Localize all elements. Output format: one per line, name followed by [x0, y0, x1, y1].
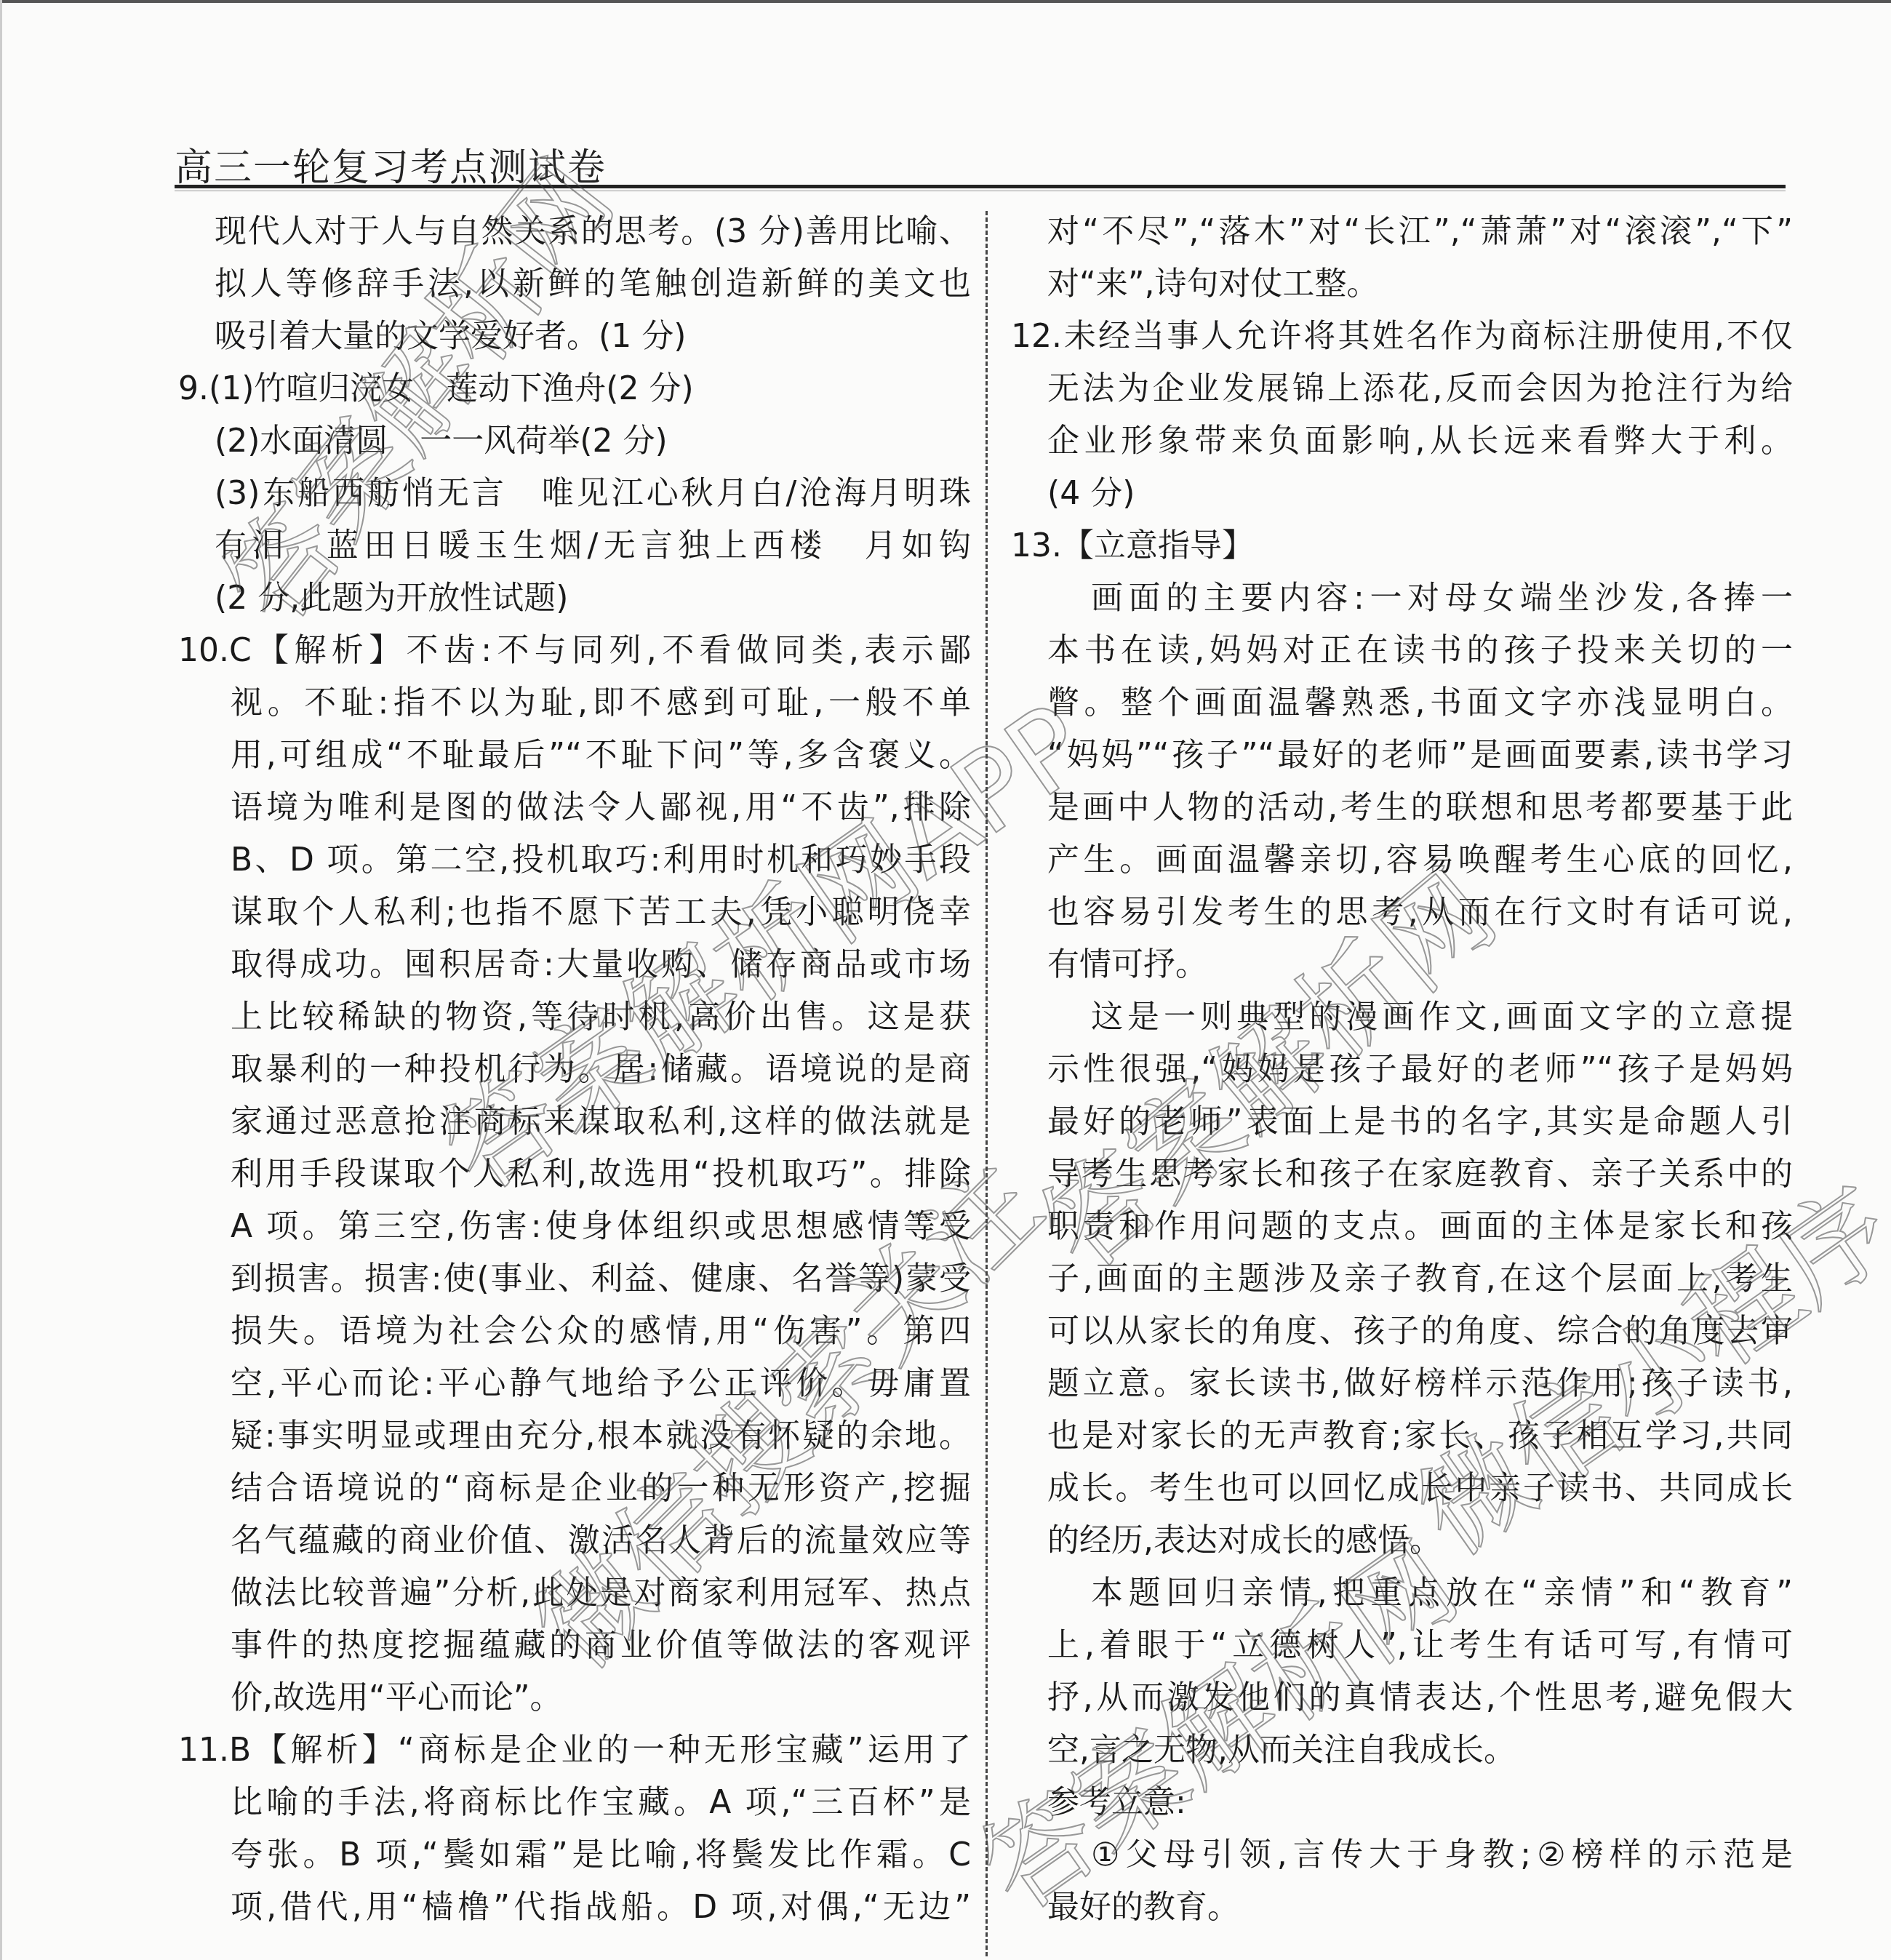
text-line: 做法比较普遍”分析,此处是对商家利用冠军、热点 — [178, 1567, 971, 1620]
text-line: 用,可组成“不耻最后”“不耻下问”等,多含褒义。 — [178, 729, 971, 782]
text-line: 取暴利的一种投机行为。居:储藏。语境说的是商 — [178, 1044, 971, 1096]
text-line: 成长。考生也可以回忆成长中亲子读书、共同成长 — [1011, 1463, 1793, 1515]
text-line: (4 分) — [1011, 468, 1793, 520]
text-line: 9.(1)竹喧归浣女 莲动下渔舟(2 分) — [178, 363, 971, 415]
page-header-title: 高三一轮复习考点测试卷 — [175, 137, 607, 191]
text-line: 损失。语境为社会公众的感情,用“伤害”。第四 — [178, 1305, 971, 1358]
text-line: 示性很强,“妈妈是孩子最好的老师”“孩子是妈妈 — [1011, 1044, 1793, 1096]
text-line: B、D 项。第二空,投机取巧:利用时机和巧妙手段 — [178, 834, 971, 887]
text-line: 抒,从而激发他们的真情表达,个性思考,避免假大 — [1011, 1672, 1793, 1724]
text-line: “妈妈”“孩子”“最好的老师”是画面要素,读书学习 — [1011, 729, 1793, 782]
text-line: 家通过恶意抢注商标来谋取私利,这样的做法就是 — [178, 1096, 971, 1148]
text-line: 这是一则典型的漫画作文,画面文字的立意提 — [1011, 991, 1793, 1044]
text-line: 11.B【解析】“商标是企业的一种无形宝藏”运用了 — [178, 1724, 971, 1777]
text-line: 视。不耻:指不以为耻,即不感到可耻,一般不单 — [178, 677, 971, 729]
page-left-edge — [0, 0, 2, 1960]
text-line: 可以从家长的角度、孩子的角度、综合的角度去审 — [1011, 1305, 1793, 1358]
header-rule-thin — [175, 191, 1786, 191]
text-line: 10.C【解析】不齿:不与同列,不看做同类,表示鄙 — [178, 625, 971, 677]
text-line: 空,言之无物,从而关注自我成长。 — [1011, 1724, 1793, 1777]
text-line: 名气蕴藏的商业价值、激活名人背后的流量效应等 — [178, 1515, 971, 1567]
text-line: 导考生思考家长和孩子在家庭教育、亲子关系中的 — [1011, 1148, 1793, 1201]
text-line: 上比较稀缺的物资,等待时机,高价出售。这是获 — [178, 991, 971, 1044]
text-line: 语境为唯利是图的做法令人鄙视,用“不齿”,排除 — [178, 782, 971, 834]
text-line: 对“不尽”,“落木”对“长江”,“萧萧”对“滚滚”,“下” — [1011, 206, 1793, 258]
text-line: 职责和作用问题的支点。画面的主体是家长和孩 — [1011, 1201, 1793, 1253]
text-line: 利用手段谋取个人私利,故选用“投机取巧”。排除 — [178, 1148, 971, 1201]
text-line: 企业形象带来负面影响,从长远来看弊大于利。 — [1011, 415, 1793, 468]
header-rule — [175, 185, 1786, 188]
text-line: 取得成功。囤积居奇:大量收购、储存商品或市场 — [178, 939, 971, 991]
text-line: 也是对家长的无声教育;家长、孩子相互学习,共同 — [1011, 1410, 1793, 1463]
text-line: 瞥。整个画面温馨熟悉,书面文字亦浅显明白。 — [1011, 677, 1793, 729]
text-line: 也容易引发考生的思考,从而在行文时有话可说, — [1011, 887, 1793, 939]
text-line: 上,着眼于“立德树人”,让考生有话可写,有情可 — [1011, 1620, 1793, 1672]
column-divider — [986, 211, 988, 1956]
text-line: 13.【立意指导】 — [1011, 520, 1793, 572]
text-line: 吸引着大量的文学爱好者。(1 分) — [178, 311, 971, 363]
text-line: 本书在读,妈妈对正在读书的孩子投来关切的一 — [1011, 625, 1793, 677]
text-line: A 项。第三空,伤害:使身体组织或思想感情等受 — [178, 1201, 971, 1253]
text-line: 是画中人物的活动,考生的联想和思考都要基于此 — [1011, 782, 1793, 834]
text-line: 12.未经当事人允许将其姓名作为商标注册使用,不仅 — [1011, 311, 1793, 363]
text-line: 参考立意: — [1011, 1777, 1793, 1829]
text-line: 夸张。B 项,“鬓如霜”是比喻,将鬓发比作霜。C — [178, 1829, 971, 1881]
text-line: 拟人等修辞手法,以新鲜的笔触创造新鲜的美文也 — [178, 258, 971, 311]
text-line: (2)水面清圆 一一风荷举(2 分) — [178, 415, 971, 468]
text-line: 谋取个人私利;也指不愿下苦工夫,凭小聪明侥幸 — [178, 887, 971, 939]
text-line: 本题回归亲情,把重点放在“亲情”和“教育” — [1011, 1567, 1793, 1620]
text-line: 到损害。损害:使(事业、利益、健康、名誉等)蒙受 — [178, 1253, 971, 1305]
text-line: ①父母引领,言传大于身教;②榜样的示范是 — [1011, 1829, 1793, 1881]
text-line: 价,故选用“平心而论”。 — [178, 1672, 971, 1724]
right-column: 对“不尽”,“落木”对“长江”,“萧萧”对“滚滚”,“下”对“来”,诗句对仗工整… — [1011, 206, 1793, 1934]
text-line: 最好的教育。 — [1011, 1881, 1793, 1934]
text-line: 比喻的手法,将商标比作宝藏。A 项,“三百杯”是 — [178, 1777, 971, 1829]
text-line: 最好的老师”表面上是书的名字,其实是命题人引 — [1011, 1096, 1793, 1148]
text-line: 无法为企业发展锦上添花,反而会因为抢注行为给 — [1011, 363, 1793, 415]
text-line: 产生。画面温馨亲切,容易唤醒考生心底的回忆, — [1011, 834, 1793, 887]
text-line: 对“来”,诗句对仗工整。 — [1011, 258, 1793, 311]
text-line: 空,平心而论:平心静气地给予公正评价。毋庸置 — [178, 1358, 971, 1410]
left-column: 现代人对于人与自然关系的思考。(3 分)善用比喻、拟人等修辞手法,以新鲜的笔触创… — [178, 206, 971, 1934]
text-line: (3)东船西舫悄无言 唯见江心秋月白/沧海月明珠 — [178, 468, 971, 520]
text-line: (2 分,此题为开放性试题) — [178, 572, 971, 625]
text-line: 画面的主要内容:一对母女端坐沙发,各捧一 — [1011, 572, 1793, 625]
text-line: 有情可抒。 — [1011, 939, 1793, 991]
text-line: 结合语境说的“商标是企业的一种无形资产,挖掘 — [178, 1463, 971, 1515]
text-line: 事件的热度挖掘蕴藏的商业价值等做法的客观评 — [178, 1620, 971, 1672]
text-line: 题立意。家长读书,做好榜样示范作用;孩子读书, — [1011, 1358, 1793, 1410]
text-line: 有泪 蓝田日暖玉生烟/无言独上西楼 月如钩 — [178, 520, 971, 572]
page-top-edge — [0, 0, 1891, 3]
text-line: 疑:事实明显或理由充分,根本就没有怀疑的余地。 — [178, 1410, 971, 1463]
text-line: 现代人对于人与自然关系的思考。(3 分)善用比喻、 — [178, 206, 971, 258]
text-line: 的经历,表达对成长的感悟。 — [1011, 1515, 1793, 1567]
text-line: 项,借代,用“樯橹”代指战船。D 项,对偶,“无边” — [178, 1881, 971, 1934]
text-line: 子,画面的主题涉及亲子教育,在这个层面上,考生 — [1011, 1253, 1793, 1305]
